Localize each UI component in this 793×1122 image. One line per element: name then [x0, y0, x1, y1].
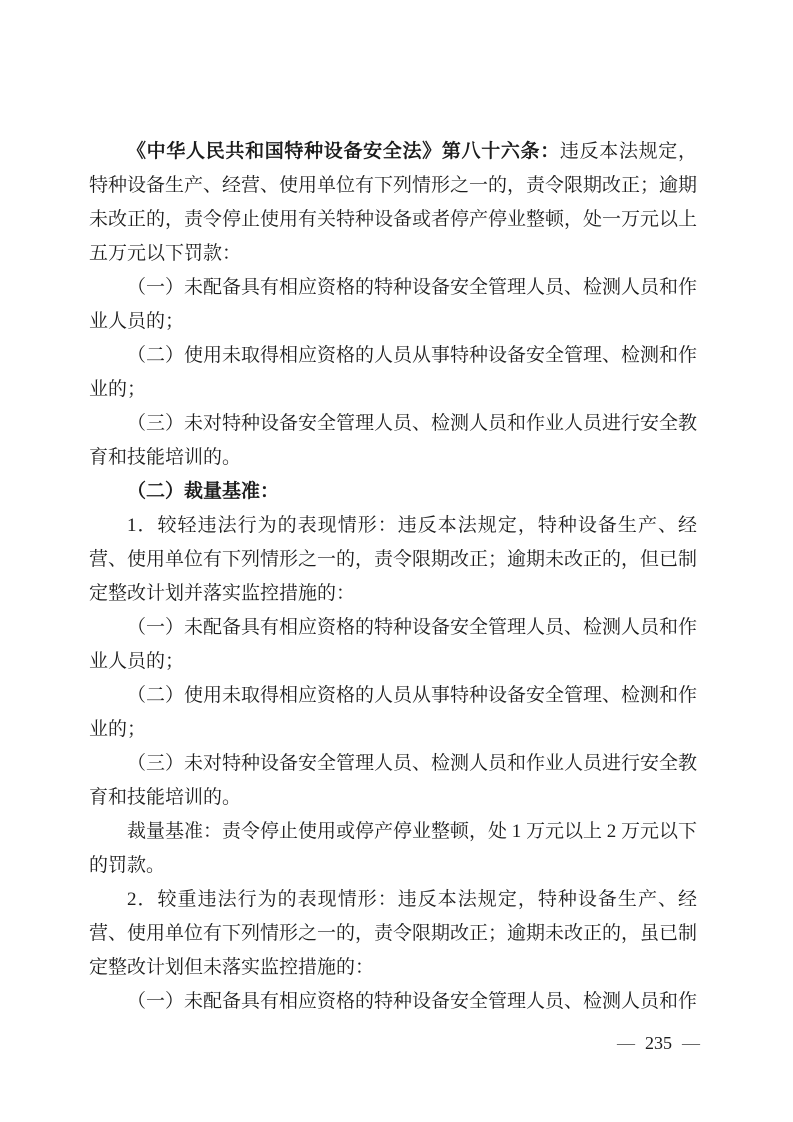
footer-dash-right: —: [682, 1033, 700, 1053]
paragraph-text: （三）未对特种设备安全管理人员、检测人员和作业人员进行安全教育和技能培训的。: [89, 413, 697, 468]
paragraph-text: （三）未对特种设备安全管理人员、检测人员和作业人员进行安全教育和技能培训的。: [89, 753, 697, 808]
paragraph-text: （二）使用未取得相应资格的人员从事特种设备安全管理、检测和作业的；: [89, 345, 697, 400]
paragraph-benchmark-2: 2．较重违法行为的表现情形：违反本法规定，特种设备生产、经营、使用单位有下列情形…: [89, 883, 697, 985]
paragraph-article-heading: 《中华人民共和国特种设备安全法》第八十六条：违反本法规定，特种设备生产、经营、使…: [89, 135, 697, 271]
paragraph-text: （二）使用未取得相应资格的人员从事特种设备安全管理、检测和作业的；: [89, 685, 697, 740]
document-page: 《中华人民共和国特种设备安全法》第八十六条：违反本法规定，特种设备生产、经营、使…: [0, 0, 793, 1122]
paragraph-text: 2．较重违法行为的表现情形：违反本法规定，特种设备生产、经营、使用单位有下列情形…: [89, 889, 697, 978]
paragraph-text: （一）未配备具有相应资格的特种设备安全管理人员、检测人员和作业人员的；: [89, 617, 697, 672]
footer-page-number: 235: [645, 1033, 672, 1053]
section-heading: （二）裁量基准：: [127, 481, 279, 502]
paragraph-benchmark-ruling: 裁量基准：责令停止使用或停产停业整顿，处 1 万元以上 2 万元以下的罚款。: [89, 815, 697, 883]
paragraph-text: 裁量基准：责令停止使用或停产停业整顿，处 1 万元以上 2 万元以下的罚款。: [89, 821, 697, 876]
paragraph-item-2: （二）使用未取得相应资格的人员从事特种设备安全管理、检测和作业的；: [89, 339, 697, 407]
paragraph-text: 1．较轻违法行为的表现情形：违反本法规定，特种设备生产、经营、使用单位有下列情形…: [89, 515, 697, 604]
document-body: 《中华人民共和国特种设备安全法》第八十六条：违反本法规定，特种设备生产、经营、使…: [89, 135, 697, 1019]
paragraph-item-3: （三）未对特种设备安全管理人员、检测人员和作业人员进行安全教育和技能培训的。: [89, 747, 697, 815]
article-title: 《中华人民共和国特种设备安全法》第八十六条：: [127, 141, 560, 162]
paragraph-text: （一）未配备具有相应资格的特种设备安全管理人员、检测人员和作: [127, 991, 697, 1012]
paragraph-item-1: （一）未配备具有相应资格的特种设备安全管理人员、检测人员和作业人员的；: [89, 611, 697, 679]
paragraph-item-3: （三）未对特种设备安全管理人员、检测人员和作业人员进行安全教育和技能培训的。: [89, 407, 697, 475]
paragraph-item-1-truncated: （一）未配备具有相应资格的特种设备安全管理人员、检测人员和作: [89, 985, 697, 1019]
paragraph-text: （一）未配备具有相应资格的特种设备安全管理人员、检测人员和作业人员的；: [89, 277, 697, 332]
paragraph-item-2: （二）使用未取得相应资格的人员从事特种设备安全管理、检测和作业的；: [89, 679, 697, 747]
paragraph-section-heading: （二）裁量基准：: [89, 475, 697, 509]
paragraph-item-1: （一）未配备具有相应资格的特种设备安全管理人员、检测人员和作业人员的；: [89, 271, 697, 339]
footer-dash-left: —: [617, 1033, 635, 1053]
paragraph-benchmark-1: 1．较轻违法行为的表现情形：违反本法规定，特种设备生产、经营、使用单位有下列情形…: [89, 509, 697, 611]
page-footer: —235—: [617, 1031, 700, 1055]
